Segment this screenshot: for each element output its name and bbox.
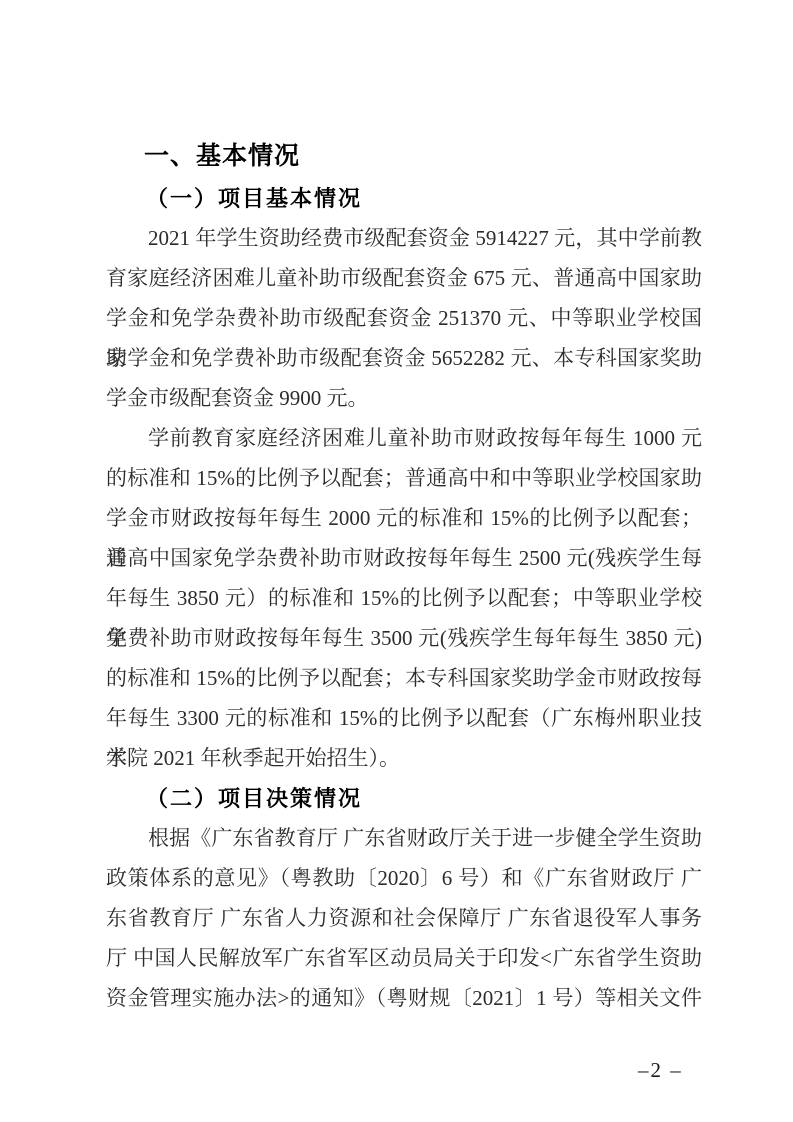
body-line: 的标准和 15%的比例予以配套；本专科国家奖助学金市财政按每 — [106, 658, 702, 698]
paragraph-funding-overview: 2021 年学生资助经费市级配套资金 5914227 元，其中学前教 育家庭经济… — [106, 218, 702, 418]
body-line: 东省教育厅 广东省人力资源和社会保障厅 广东省退役军人事务 — [106, 898, 702, 938]
body-line: 学金和免学杂费补助市级配套资金 251370 元、中等职业学校国家 — [106, 298, 702, 338]
body-line: 助学金和免学费补助市级配套资金 5652282 元、本专科国家奖助 — [106, 338, 702, 378]
body-line: 育家庭经济困难儿童补助市级配套资金 675 元、普通高中国家助 — [106, 258, 702, 298]
paragraph-policy-basis: 根据《广东省教育厅 广东省财政厅关于进一步健全学生资助 政策体系的意见》（粤教助… — [106, 818, 702, 1018]
body-line: 学金市级配套资金 9900 元。 — [106, 378, 702, 418]
subsection-heading-project-decision: （二）项目决策情况 — [106, 778, 702, 818]
body-line: 资金管理实施办法>的通知》（粤财规〔2021〕1 号）等相关文件 — [106, 978, 702, 1018]
body-line: 2021 年学生资助经费市级配套资金 5914227 元，其中学前教 — [106, 218, 702, 258]
body-line: 政策体系的意见》（粤教助〔2020〕6 号）和《广东省财政厅 广 — [106, 858, 702, 898]
subsection-heading-project-basic: （一）项目基本情况 — [106, 178, 702, 218]
body-line: 年每生 3300 元的标准和 15%的比例予以配套（广东梅州职业技术 — [106, 698, 702, 738]
body-line: 通高中国家免学杂费补助市财政按每年每生 2500 元(残疾学生每 — [106, 538, 702, 578]
body-line: 的标准和 15%的比例予以配套；普通高中和中等职业学校国家助 — [106, 458, 702, 498]
section-heading-basic-info: 一、基本情况 — [106, 136, 702, 178]
body-line: 学院 2021 年秋季起开始招生）。 — [106, 738, 702, 778]
body-line: 年每生 3850 元）的标准和 15%的比例予以配套；中等职业学校免 — [106, 578, 702, 618]
body-line: 学前教育家庭经济困难儿童补助市财政按每年每生 1000 元 — [106, 418, 702, 458]
document-page: 一、基本情况 （一）项目基本情况 2021 年学生资助经费市级配套资金 5914… — [0, 0, 793, 1122]
document-body: 一、基本情况 （一）项目基本情况 2021 年学生资助经费市级配套资金 5914… — [106, 136, 702, 1018]
body-line: 学费补助市财政按每年每生 3500 元(残疾学生每年每生 3850 元) — [106, 618, 702, 658]
body-line: 厅 中国人民解放军广东省军区动员局关于印发<广东省学生资助 — [106, 938, 702, 978]
paragraph-subsidy-standards: 学前教育家庭经济困难儿童补助市财政按每年每生 1000 元 的标准和 15%的比… — [106, 418, 702, 778]
body-line: 学金市财政按每年每生 2000 元的标准和 15%的比例予以配套；普 — [106, 498, 702, 538]
body-line: 根据《广东省教育厅 广东省财政厅关于进一步健全学生资助 — [106, 818, 702, 858]
page-number: –2 – — [638, 1058, 683, 1083]
